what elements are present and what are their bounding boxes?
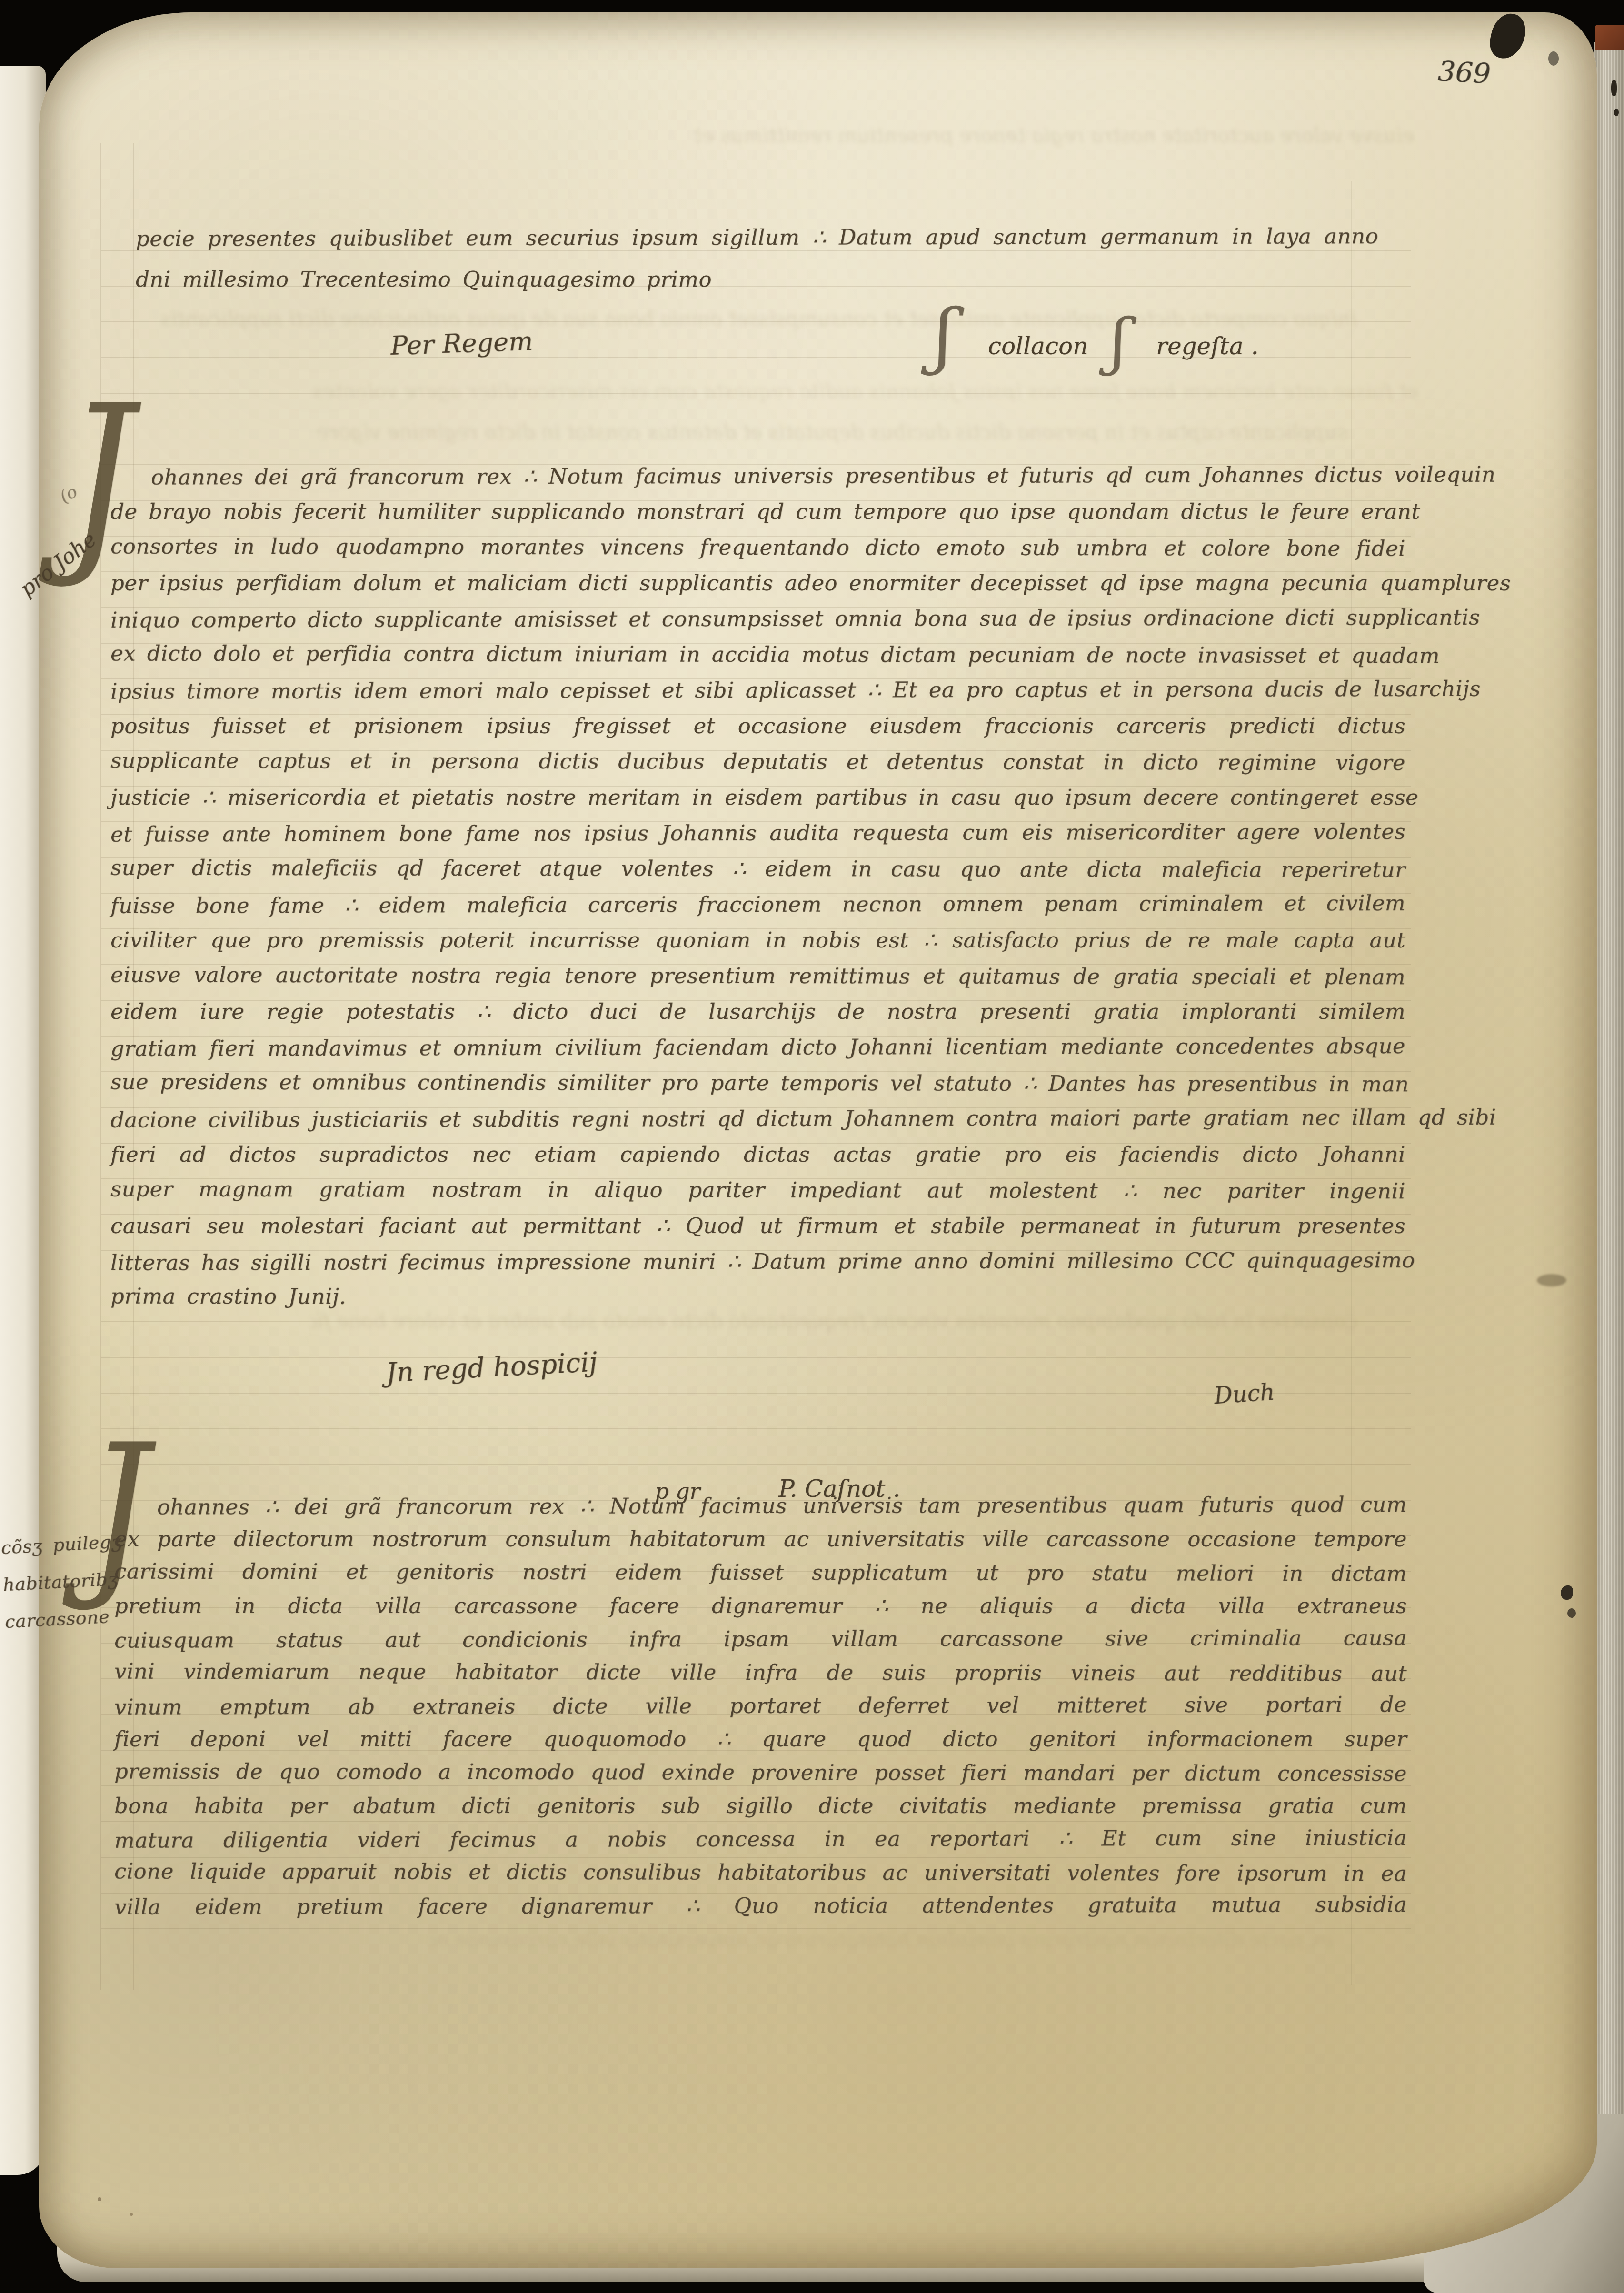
manuscript-line: eiusve valore auctoritate nostra regia t… <box>110 957 1405 995</box>
manuscript-line: litteras has sigilli nostri fecimus impr… <box>110 1242 1405 1281</box>
act1-text: ohannes dei grã francorum rex ∴ Notum fa… <box>110 458 1405 1315</box>
fore-edge-pages-right <box>1594 42 1624 2261</box>
manuscript-line: vini vindemiarum neque habitator dicte v… <box>114 1655 1407 1691</box>
act2-margin-note: cõsʒ puilegʒhabitatoribʒcarcassone <box>0 1523 125 1641</box>
manuscript-line: ohannes dei grã francorum rex ∴ Notum fa… <box>110 457 1405 495</box>
act-fragment-text: pecie presentes quibuslibet eum securius… <box>136 217 1378 300</box>
chancery-flourish: ʃ <box>934 294 954 377</box>
manuscript-line: consortes in ludo quodampno morantes vin… <box>110 528 1405 567</box>
manuscript-line: habitatoribʒ <box>2 1560 123 1604</box>
manuscript-line: et fuisse ante hominem bone fame nos ips… <box>110 814 1405 852</box>
signature-right: Duch <box>1213 1379 1275 1410</box>
act2-text: ohannes ∴ dei grã francorum rex ∴ Notum … <box>114 1489 1407 1923</box>
manuscript-line: bona habita per abatum dicti genitoris s… <box>114 1789 1407 1823</box>
manuscript-line: pretium in dicta villa carcassone facere… <box>114 1589 1407 1623</box>
collation-note: collacon <box>988 332 1088 360</box>
manuscript-photo: eiusve valore auctoritate nostra regia t… <box>0 0 1624 2293</box>
manuscript-line: vinum emptum ab extraneis dicte ville po… <box>114 1688 1407 1724</box>
manuscript-line: dni millesimo Trecentesimo Quinquagesimo… <box>136 259 1378 300</box>
manuscript-line: fuisse bone fame ∴ eidem maleficia carce… <box>110 885 1405 924</box>
manuscript-line: eidem iure regie potestatis ∴ dicto duci… <box>110 994 1405 1029</box>
manuscript-line: ipsius timore mortis idem emori malo cep… <box>110 671 1405 709</box>
manuscript-line: positus fuisset et prisionem ipsius freg… <box>110 708 1405 744</box>
manuscript-line: matura diligentia videri fecimus a nobis… <box>114 1821 1407 1857</box>
manuscript-line: iniquo comperto dicto supplicante amisis… <box>110 599 1405 638</box>
manuscript-line: carissimi domini et genitoris nostri eid… <box>114 1555 1407 1591</box>
manuscript-line: fieri deponi vel mitti facere quoquomodo… <box>114 1723 1407 1756</box>
manuscript-line: carcassone <box>4 1597 125 1641</box>
registration-note: regeſta . <box>1156 332 1258 360</box>
chancery-flourish: ʃ <box>1110 305 1127 377</box>
manuscript-line: supplicante captus et in persona dictis … <box>110 743 1405 781</box>
manuscript-line: pecie presentes quibuslibet eum securius… <box>136 215 1378 259</box>
manuscript-line: justicie ∴ misericordia et pietatis nost… <box>110 779 1405 815</box>
manuscript-line: premissis de quo comodo a incomodo quod … <box>114 1755 1407 1791</box>
manuscript-line: fieri ad dictos supradictos nec etiam ca… <box>110 1137 1405 1172</box>
manuscript-line: per ipsius perfidiam dolum et maliciam d… <box>110 565 1405 601</box>
manuscript-line: dacione civilibus justiciariis et subdit… <box>110 1099 1405 1138</box>
manuscript-line: gratiam fieri mandavimus et omnium civil… <box>110 1028 1405 1067</box>
manuscript-line: ohannes ∴ dei grã francorum rex ∴ Notum … <box>114 1488 1407 1524</box>
manuscript-line: civiliter que pro premissis poterit incu… <box>110 922 1405 958</box>
manuscript-line: super magnam gratiam nostram in aliquo p… <box>110 1171 1405 1209</box>
binding-cover-sliver <box>1595 25 1624 50</box>
manuscript-line: causari seu molestari faciant aut permit… <box>110 1208 1405 1244</box>
manuscript-line: ex parte dilectorum nostrorum consulum h… <box>114 1523 1407 1556</box>
manuscript-line: cione liquide apparuit nobis et dictis c… <box>114 1855 1407 1891</box>
manuscript-line: de brayo nobis fecerit humiliter supplic… <box>110 494 1405 529</box>
manuscript-line: cuiusquam status aut condicionis infra i… <box>114 1621 1407 1657</box>
per-regem-note: Per Regem <box>390 326 533 361</box>
manuscript-line: ex dicto dolo et perfidia contra dictum … <box>110 636 1405 674</box>
manuscript-line: super dictis maleficiis qd faceret atque… <box>110 850 1405 888</box>
manuscript-line: prima crastino Junij. <box>110 1278 1405 1316</box>
manuscript-line: sue presidens et omnibus continendis sim… <box>110 1064 1405 1102</box>
manuscript-line: cõsʒ puilegʒ <box>0 1523 121 1566</box>
folio-number: 369 <box>1437 55 1491 90</box>
manuscript-line: villa eidem pretium facere dignaremur ∴ … <box>114 1888 1407 1924</box>
